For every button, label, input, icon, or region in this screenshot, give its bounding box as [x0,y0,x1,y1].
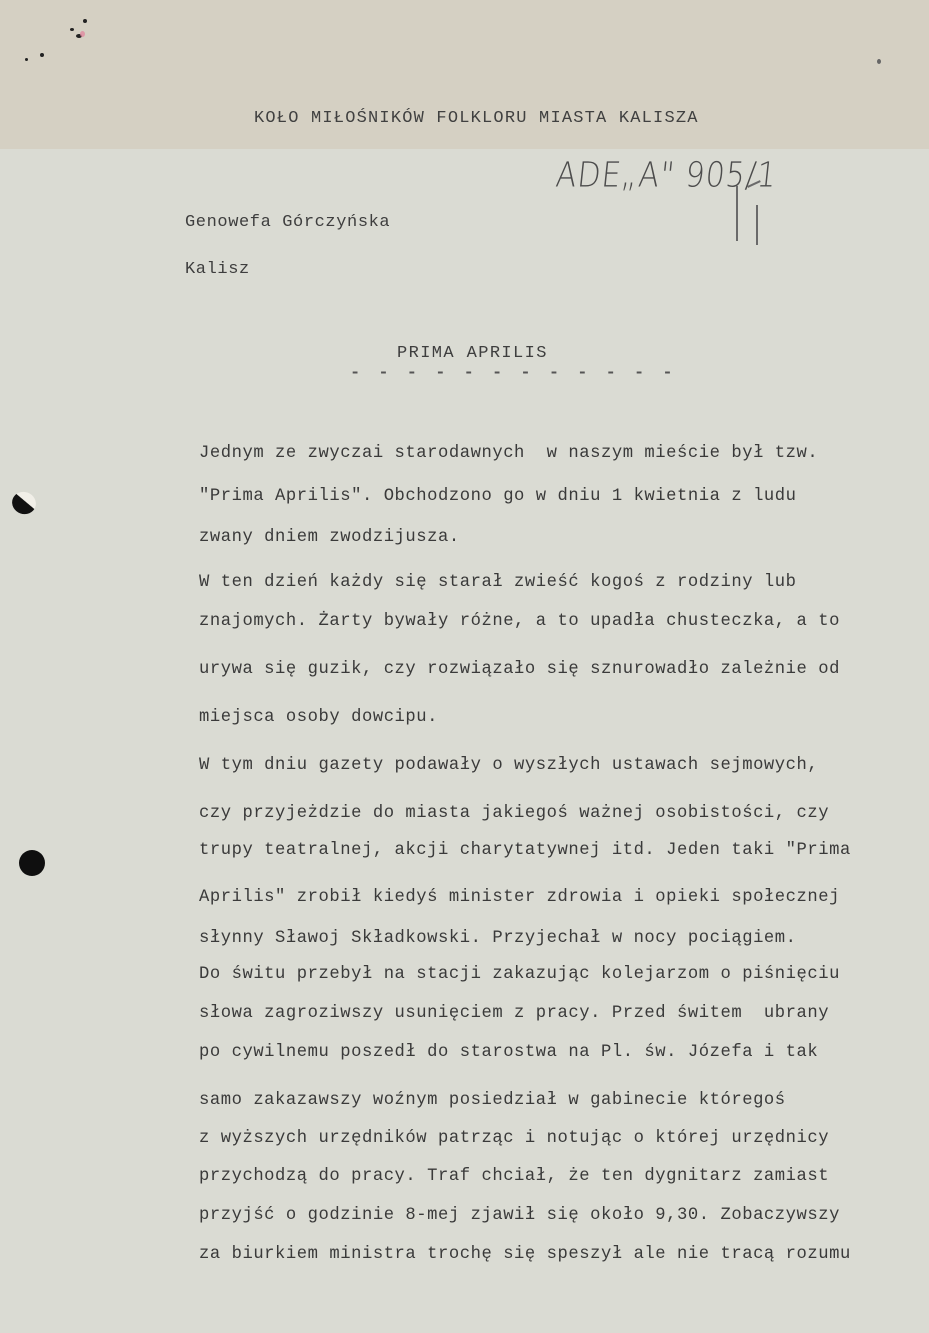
body-line: przychodzą do pracy. Traf chciał, że ten… [199,1167,829,1186]
body-line: z wyższych urzędników patrząc i notując … [199,1129,829,1148]
body-line: miejsca osoby dowcipu. [199,708,438,727]
body-line: czy przyjeżdzie do miasta jakiegoś ważne… [199,804,829,823]
body-line: znajomych. Żarty bywały różne, a to upad… [199,612,840,631]
ink-speck [70,28,74,31]
body-line: słynny Sławoj Składkowski. Przyjechał w … [199,929,797,948]
body-line: po cywilnemu poszedł do starostwa na Pl.… [199,1043,818,1062]
document-title: PRIMA APRILIS [397,344,548,363]
body-line: przyjść o godzinie 8-mej zjawił się okoł… [199,1206,840,1225]
body-line: Do świtu przebył na stacji zakazując kol… [199,965,840,984]
body-line: samo zakazawszy woźnym posiedział w gabi… [199,1091,786,1110]
body-line: słowa zagroziwszy usunięciem z pracy. Pr… [199,1004,829,1023]
body-line: W tym dniu gazety podawały o wyszłych us… [199,756,818,775]
body-line: urywa się guzik, czy rozwiązało się sznu… [199,660,840,679]
ink-speck [25,58,28,61]
body-line: "Prima Aprilis". Obchodzono go w dniu 1 … [199,487,797,506]
body-line: zwany dniem zwodzijusza. [199,528,460,547]
place-name: Kalisz [185,260,250,279]
body-line: Jednym ze zwyczai starodawnych w naszym … [199,444,818,463]
organization-header: KOŁO MIŁOŚNIKÓW FOLKLORU MIASTA KALISZA [254,109,699,128]
body-line: Aprilis" zrobił kiedyś minister zdrowia … [199,888,840,907]
archive-mark-stroke [736,186,738,241]
body-line: trupy teatralnej, akcji charytatywnej it… [199,841,851,860]
archive-mark: ADE„A" 905/1 [554,155,779,195]
ink-speck [40,53,44,57]
ink-speck [83,19,87,23]
archive-mark-stroke [756,205,758,245]
punch-hole-bottom [19,850,45,876]
author-name: Genowefa Górczyńska [185,213,390,232]
pink-speck [80,31,85,37]
title-underline: - - - - - - - - - - - - [350,364,677,383]
body-line: za biurkiem ministra trochę się speszył … [199,1245,851,1264]
ink-speck [877,59,881,64]
body-line: W ten dzień każdy się starał zwieść kogo… [199,573,797,592]
paper-page [0,149,929,1333]
